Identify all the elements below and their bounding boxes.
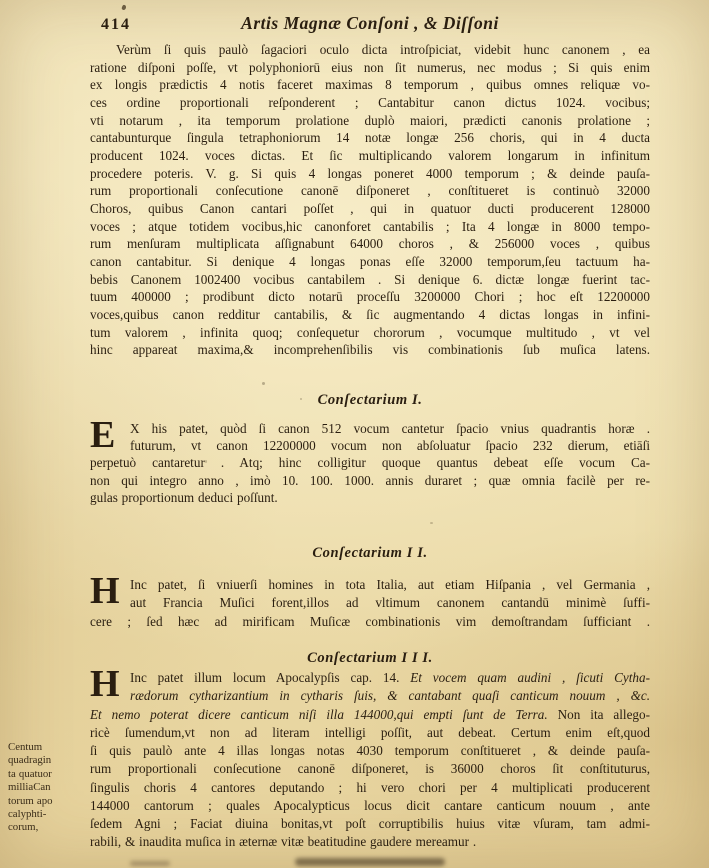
text-line: tuum 400000 ; prodibunt dicto notarū pro… (90, 288, 650, 306)
text-line: canon cantabitur. Si denique 4 longas po… (90, 253, 650, 271)
cropped-next-line-smudge (130, 861, 170, 866)
text-line: ſingulis choris 4 cantores deputando ; h… (90, 779, 650, 797)
text-line: milliaCan (8, 781, 88, 794)
text-line: quadragin (8, 754, 88, 767)
cropped-next-line-smudge (295, 858, 445, 866)
text-line: aut Francia Muſici forent,illos ad vltim… (90, 594, 650, 612)
running-title: Artis Magnæ Conſoni , & Diſſoni (90, 13, 650, 34)
text-segment: Et nemo poterat dicere canticum niſi ill… (90, 707, 548, 722)
text-line: ta quatuor (8, 768, 88, 781)
text-line: rum proportionali conſecutione canonē di… (90, 182, 650, 200)
text-line: perpetuò cantaretur . Atq; hinc colligit… (90, 454, 650, 471)
text-line: X his patet, quòd ſi canon 512 vocum can… (90, 420, 650, 437)
consectarium-2-paragraph: H Inc patet, ſi vniuerſi homines in tota… (90, 576, 650, 631)
text-line: torum apo (8, 795, 88, 808)
text-line: ſedem Agni ; Faciat diuina bonitas,vt po… (90, 815, 650, 833)
text-segment: rædorum cytharizantium in cytharis ſuis,… (130, 688, 650, 703)
text-line: rum menſuram multiplicata aſſignabunt 64… (90, 235, 650, 253)
text-line: Verùm ſi quis paulò ſagaciori oculo dict… (90, 41, 650, 59)
text-line: ex longis prædictis 4 notis faceret maxi… (90, 76, 650, 94)
text-line: producent 1024. voces dictas. Et ſic mul… (90, 147, 650, 165)
text-line: rabili, & inaudita muſica in æternæ vitæ… (90, 833, 650, 851)
book-page: 414 Artis Magnæ Conſoni , & Diſſoni Verù… (0, 0, 709, 868)
ink-speck (262, 382, 265, 385)
text-line: tum valorem , infinita quoq; conſequetur… (90, 324, 650, 342)
text-segment: Inc patet illum locum Apocalypſis cap. 1… (130, 670, 410, 685)
text-line: ricè ſumendum,vt non ad literam intellig… (90, 724, 650, 742)
consectarium-3-heading: Conſectarium I I I. (90, 650, 650, 667)
drop-cap-h: H (90, 669, 130, 702)
text-line: non qui integro anno , imò 10. 100. 1000… (90, 472, 650, 489)
text-line: ratione diſponi poſſe, vt polyphoniorū e… (90, 59, 650, 77)
text-line: rædorum cytharizantium in cytharis ſuis,… (90, 687, 650, 705)
text-line: vti notarum , ita temporum prolatione du… (90, 112, 650, 130)
text-line: voces,quibus canon redditur cantabilis, … (90, 306, 650, 324)
text-line: Inc patet, ſi vniuerſi homines in tota I… (90, 576, 650, 594)
text-segment: Non ita allego- (548, 707, 650, 722)
intro-paragraph: Verùm ſi quis paulò ſagaciori oculo dict… (90, 41, 650, 359)
drop-cap-e: E (90, 420, 130, 453)
text-line: cantabunturque ſingula tetraphoniorum 14… (90, 129, 650, 147)
text-line: hinc appareat maxima,& incomprehenſibili… (90, 341, 650, 359)
consectarium-1-heading: Conſectarium I. (90, 392, 650, 409)
text-line: ſi quis paulò ante 4 illas longas notas … (90, 742, 650, 760)
text-line: futurum, vt canon 12200000 vocum non abſ… (90, 437, 650, 454)
text-line: Et nemo poterat dicere canticum niſi ill… (90, 706, 650, 724)
margin-note: Centumquadraginta quatuormilliaCantorum … (8, 741, 88, 835)
drop-cap-h: H (90, 576, 130, 609)
text-line: corum, (8, 821, 88, 834)
text-line: cere ; ſed hæc ad mirificam Muſicæ combi… (90, 613, 650, 631)
text-line: ces ordine proportionali reſponderent ; … (90, 94, 650, 112)
text-line: bebis Canonem 1002400 vocibus cantabilem… (90, 271, 650, 289)
text-line: procedere poteris. V. g. Si quis 4 longa… (90, 165, 650, 183)
text-line: Centum (8, 741, 88, 754)
text-line: Inc patet illum locum Apocalypſis cap. 1… (90, 669, 650, 687)
text-segment: Et vocem quam audini , ſicuti Cytha- (410, 670, 650, 685)
text-line: calyphti- (8, 808, 88, 821)
text-line: Choros, quibus Canon cantari poſſet , qu… (90, 200, 650, 218)
text-line: gulas proportionum deduci poſſunt. (90, 489, 650, 506)
consectarium-2-heading: Conſectarium I I. (90, 545, 650, 562)
ink-speck (121, 4, 127, 10)
text-line: voces ; atque totidem vocibus,hic canonf… (90, 218, 650, 236)
consectarium-1-paragraph: E X his patet, quòd ſi canon 512 vocum c… (90, 420, 650, 506)
text-line: 144000 cantorum ; quales Apocalypticus l… (90, 797, 650, 815)
text-line: rum proportionali conſecutione canonē di… (90, 760, 650, 778)
consectarium-3-paragraph: H Inc patet illum locum Apocalypſis cap.… (90, 669, 650, 852)
ink-speck (430, 522, 433, 524)
